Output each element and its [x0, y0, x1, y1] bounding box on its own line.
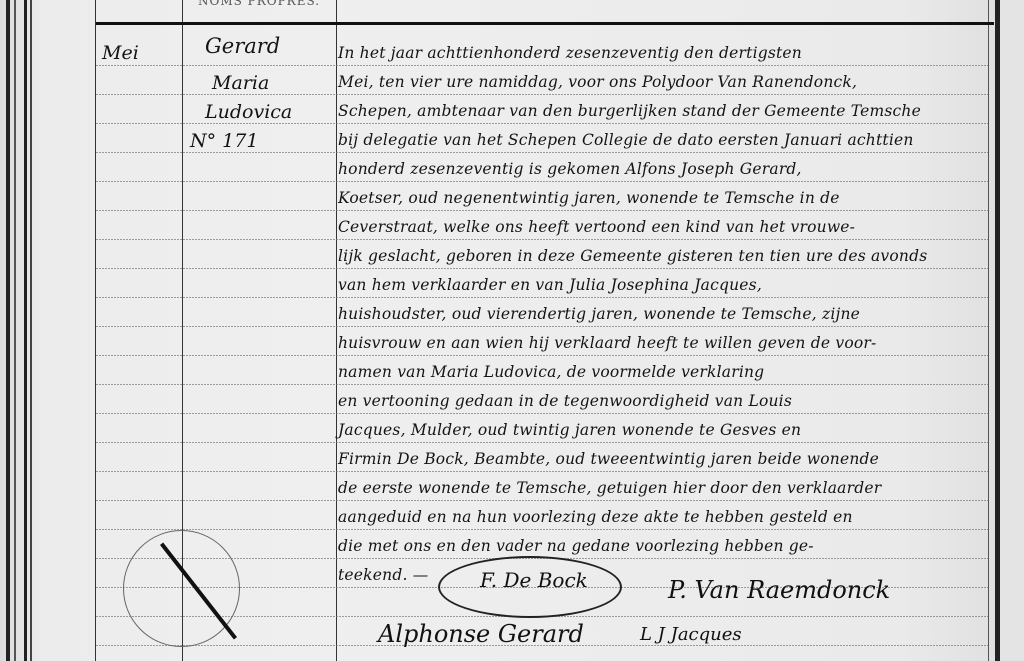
officer-signature: P. Van Raemdonck [668, 576, 890, 604]
body-line: huisvrouw en aan wien hij verklaard heef… [338, 334, 876, 352]
ruled-line [96, 94, 988, 95]
column-header: NOMS PROPRES. [96, 0, 996, 22]
witness-signature: F. De Bock [480, 568, 588, 592]
ruled-line [96, 123, 988, 124]
binding-edge [6, 0, 10, 661]
ruled-line [96, 384, 988, 385]
ruled-line [96, 471, 988, 472]
witness-jacques-signature: L J Jacques [640, 624, 742, 645]
body-line: honderd zesenzeventig is gekomen Alfons … [338, 160, 802, 178]
header-rule [96, 22, 994, 25]
body-line: huishoudster, oud vierendertig jaren, wo… [338, 305, 860, 323]
body-line: Schepen, ambtenaar van den burgerlijken … [338, 102, 921, 120]
body-line: Jacques, Mulder, oud twintig jaren wonen… [338, 421, 801, 439]
body-line: van hem verklaarder en van Julia Josephi… [338, 276, 762, 294]
margin-name-first: Maria [212, 72, 269, 94]
body-line: teekend. — [338, 566, 428, 584]
body-line: bij delegatie van het Schepen Collegie d… [338, 131, 914, 149]
record-number: N° 171 [190, 130, 258, 152]
binding-edge [30, 0, 32, 661]
header-col-names: NOMS PROPRES. [198, 0, 320, 8]
ruled-line [96, 239, 988, 240]
body-line: namen van Maria Ludovica, de voormelde v… [338, 363, 764, 381]
marginal-annotation-loop [123, 530, 240, 647]
ruled-line [96, 442, 988, 443]
body-line: die met ons en den vader na gedane voorl… [338, 537, 814, 555]
ruled-line [96, 529, 988, 530]
binding-edge [14, 0, 16, 661]
ruled-line [96, 65, 988, 66]
ruled-line [96, 268, 988, 269]
ruled-line [96, 297, 988, 298]
body-line: In het jaar achttienhonderd zesenzeventi… [338, 44, 802, 62]
ruled-line [96, 210, 988, 211]
body-line: Mei, ten vier ure namiddag, voor ons Pol… [338, 73, 857, 91]
ruled-line [96, 355, 988, 356]
ruled-line [96, 500, 988, 501]
margin-name-second: Ludovica [205, 101, 292, 123]
ruled-line [96, 326, 988, 327]
ruled-line [96, 413, 988, 414]
margin-name-surname: Gerard [205, 34, 280, 58]
body-line: lijk geslacht, geboren in deze Gemeente … [338, 247, 927, 265]
body-line: aangeduid en na hun voorlezing deze akte… [338, 508, 853, 526]
ruled-line [96, 181, 988, 182]
column-divider [988, 0, 989, 661]
registry-page: NOMS PROPRES. Mei Gerard Maria Ludovica … [0, 0, 1024, 661]
body-line: de eerste wonende te Temsche, getuigen h… [338, 479, 881, 497]
column-divider [95, 0, 96, 661]
binding-edge [24, 0, 27, 661]
body-line: Koetser, oud negenentwintig jaren, wonen… [338, 189, 840, 207]
ruled-line [96, 152, 988, 153]
column-divider [336, 0, 337, 661]
father-signature: Alphonse Gerard [378, 620, 584, 648]
margin-month: Mei [102, 42, 139, 64]
body-line: Ceverstraat, welke ons heeft vertoond ee… [338, 218, 855, 236]
body-line: en vertooning gedaan in de tegenwoordigh… [338, 392, 792, 410]
body-line: Firmin De Bock, Beambte, oud tweeentwint… [338, 450, 879, 468]
right-margin [1000, 0, 1024, 661]
